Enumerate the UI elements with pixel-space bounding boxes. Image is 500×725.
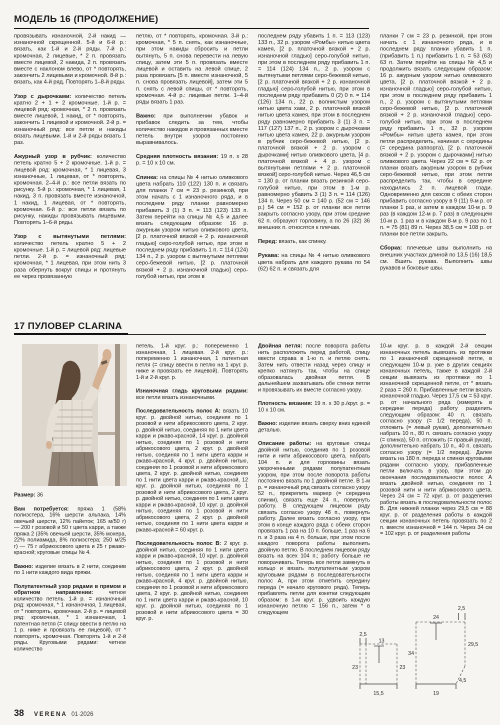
paragraph: Ажурный узор в рубчик: количество петель… [14,154,126,227]
paragraph-text: 2 круг. р. двойной нитью, соединяя по 1 … [136,541,248,622]
paragraph: Последовательность полос B: 2 круг. р. д… [136,541,248,622]
paragraph-text: все петли вязать изнаночными. [136,394,216,400]
paragraph-lead: Перед: [258,239,279,245]
body-right-label: 29,5 [468,642,478,648]
sleeve-left-label: 23 [352,665,358,671]
sleeve-outline [360,644,397,684]
paragraph: петлю, от * повторять, кромочная. 3-й р.… [136,33,248,106]
sleeve-top-edge-label: 2,5 [359,632,366,638]
paragraph-text: вязать 10 круг. р. двойной нитью, соедин… [136,408,248,533]
model16-header: МОДЕЛЬ 16 (ПРОДОЛЖЕНИЕ) [14,14,369,29]
m17-column-1: Размер: 36Вам потребуется: пряжа 1 (58% … [14,492,126,652]
paragraph: Узор с вытянутыми петлями: количество пе… [14,234,126,280]
paragraph: Перед: вязать, как спинку. [258,239,370,246]
paragraph: Важно: при выполнении убавок и прибавок … [136,113,248,146]
paragraph: последнем ряду убавить 1 п. = 113 (123) … [258,33,370,231]
paragraph: Описание работы: на круговые спицы двойн… [258,441,370,616]
paragraph: Размер: 36 [14,492,126,498]
page-footer: 38VERENA01·2026 [14,703,93,721]
model17-title: 17 ПУЛОВЕР CLARINA [14,321,164,332]
body-top-label: 24 [433,615,439,621]
paragraph-text: провязывать изнаночной, 2-й накид — изна… [14,33,126,85]
paragraph-text: четное количество петель. 1-й р. = изнан… [14,590,126,652]
paragraph: Средняя плотность вязания: 19 п. x 28 р.… [136,154,248,167]
paragraph-text: планки 7 см = 23 р. резинкой, при этом н… [380,33,492,237]
paragraph-text: на спицы № 4 нитью оливкового цвета набр… [136,174,248,279]
paragraph: 10-м круг. р. в каждой 2-й секции изнано… [380,343,492,537]
body-top-edge-label: 2,5 [458,606,465,612]
model-photo [22,344,127,486]
skirt [48,452,98,486]
paragraph-lead: Последовательность полос A: [136,408,223,414]
paragraph: Рукава: на спицы № 4 нитью оливкового цв… [258,253,370,273]
paragraph-lead: Вам потребуется: [14,506,77,512]
m16-column-2: петлю, от * повторять, кромочная. 3-й р.… [136,33,248,280]
body-outline [416,622,465,684]
paragraph-lead: Последовательность полос B: [136,541,224,547]
schematic-diagram: 2,5 13 23 23 15,5 24 2,5 34 29,5 19 4,5 [352,594,498,716]
paragraph: Сборка: плечевые швы выполнить на внешни… [380,245,492,271]
paragraph-lead: Сборка: [380,245,407,251]
paragraph: Последовательность полос A: вязать 10 кр… [136,408,248,533]
paragraph: Спинка: на спицы № 4 нитью оливкового цв… [136,174,248,280]
paragraph: планки 7 см = 23 р. резинкой, при этом н… [380,33,492,238]
sleeve-right-label: 23 [400,665,406,671]
paragraph: Двойная петля: после поворота работы нит… [258,343,370,393]
paragraph-lead: Важно: [258,421,279,427]
paragraph: Важно: изделие вязать в 2 нити, соединив… [14,563,126,576]
paragraph: петель. 1-й круг. р.: попеременно 1 изна… [136,343,248,381]
paragraph: Вам потребуется: пряжа 1 (58% полиэстера… [14,506,126,556]
body-left-label: 34 [408,651,414,657]
paragraph: Плотность вязания: 19 п. x 30 р./круг. р… [258,401,370,414]
paragraph-lead: Рукава: [258,253,281,259]
paragraph-text: количество петель кратно 2 + 1 + 2 кромо… [14,93,126,145]
model17-title-underline [14,333,128,336]
paragraph-lead: Важно: [136,113,163,119]
paragraph-text: на круговые спицы двойной нитью, соедини… [258,441,370,616]
paragraph-lead: Плотность вязания: [258,401,314,407]
sleeve-bottom-label: 15,5 [373,691,383,697]
page-number: 38 [14,708,24,718]
sleeve-top-label: 13 [379,639,385,645]
paragraph-lead: Описание работы: [258,441,316,447]
m17-column-2: петель. 1-й круг. р.: попеременно 1 изна… [136,343,248,622]
paragraph-lead: Узор с вытянутыми петлями: [14,234,126,240]
paragraph-text: количество петель кратно 5 + 2 кромочные… [14,240,126,279]
paragraph-text: петель. 1-й круг. р.: попеременно 1 изна… [136,343,248,380]
m17-column-4: 10-м круг. р. в каждой 2-й секции изнано… [380,343,492,537]
paragraph-text: вязать, как спинку. [279,239,327,245]
m16-column-1: провязывать изнаночной, 2-й накид — изна… [14,33,126,280]
paragraph: Полупатентный узор рядами в прямом и обр… [14,583,126,652]
paragraph-lead: Размер: [14,492,37,498]
paragraph-lead: Двойная петля: [258,343,306,349]
paragraph-lead: Ажурный узор в рубчик: [14,154,97,160]
paragraph: Узор с дырочками: количество петель крат… [14,93,126,146]
m16-column-4: планки 7 см = 23 р. резинкой, при этом н… [380,33,492,272]
paragraph: Изнаночная гладь круговыми рядами: все п… [136,388,248,401]
paragraph: провязывать изнаночной, 2-й накид — изна… [14,33,126,86]
paragraph-text: после поворота работы нить расположить п… [258,343,370,393]
paragraph-text: количество петель кратно 5 + 2 кромочные… [14,154,126,226]
paragraph-lead: Узор с дырочками: [14,93,75,99]
magazine-page: МОДЕЛЬ 16 (ПРОДОЛЖЕНИЕ) провязывать изна… [0,0,500,725]
paragraph-lead: Спинка: [136,174,160,180]
paragraph-text: последнем ряду убавить 1 п. = 113 (123) … [258,33,370,230]
paragraph-lead: Средняя плотность вязания: [136,154,221,160]
body-notch-label: 4,5 [459,678,466,684]
issue-number: 01·2026 [71,712,93,718]
paragraph-text: пряжа 1 (58% полиэстера, 16% шерсти альп… [14,506,126,556]
paragraph-text: 36 [37,492,43,498]
body-bottom-label: 19 [433,691,439,697]
paragraph-text: петлю, от * повторять, кромочная. 3-й р.… [136,33,248,105]
magazine-name: VERENA [34,712,67,718]
m17-column-3: Двойная петля: после поворота работы нит… [258,343,370,616]
paragraph-lead: Изнаночная гладь круговыми рядами: [136,388,248,394]
paragraph: Важно: изделие вязать сверху вниз единой… [258,421,370,434]
paragraph-lead: Важно: [14,563,35,569]
m16-column-3: последнем ряду убавить 1 п. = 113 (123) … [258,33,370,272]
paragraph-text: 10-м круг. р. в каждой 2-й секции изнано… [380,343,492,537]
